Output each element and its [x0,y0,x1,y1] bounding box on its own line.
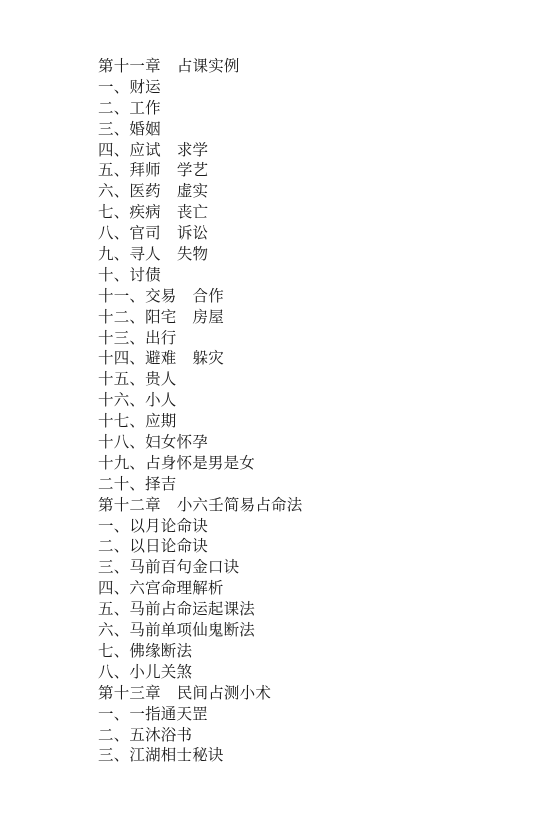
item-number: 一、 [98,78,129,96]
chapter-heading: 第十三章民间占测小术 [98,683,518,704]
item-text: 以日论命诀 [129,537,208,555]
list-item: 二、工作 [98,98,518,119]
list-item: 十七、应期 [98,411,518,432]
list-item: 二、以日论命诀 [98,536,518,557]
item-number: 十三、 [98,329,145,347]
item-text-secondary: 合作 [193,287,224,305]
table-of-contents: 第十一章占课实例 一、财运 二、工作 三、婚姻 四、应试求学 五、拜师学艺 六、… [98,56,518,766]
chapter-title: 民间占测小术 [177,684,271,702]
item-number: 二、 [98,726,129,744]
list-item: 六、医药虚实 [98,181,518,202]
list-item: 八、小儿关煞 [98,662,518,683]
item-text: 妇女怀孕 [145,433,208,451]
item-text-secondary: 躲灾 [193,349,224,367]
list-item: 二十、择吉 [98,474,518,495]
item-text-secondary: 诉讼 [177,224,208,242]
item-text: 交易 [145,287,176,305]
item-number: 七、 [98,642,129,660]
item-number: 三、 [98,746,129,764]
list-item: 六、马前单项仙鬼断法 [98,620,518,641]
item-number: 九、 [98,245,129,263]
list-item: 十一、交易合作 [98,286,518,307]
list-item: 十二、阳宅房屋 [98,307,518,328]
item-number: 十六、 [98,391,145,409]
item-text-secondary: 虚实 [177,182,208,200]
item-text: 疾病 [129,203,160,221]
item-number: 四、 [98,141,129,159]
list-item: 四、六宫命理解析 [98,578,518,599]
item-number: 十四、 [98,349,145,367]
item-text-secondary: 丧亡 [177,203,208,221]
list-item: 三、江湖相士秘诀 [98,745,518,766]
item-number: 一、 [98,705,129,723]
item-text: 婚姻 [129,120,160,138]
item-number: 四、 [98,579,129,597]
item-text: 医药 [129,182,160,200]
item-number: 五、 [98,161,129,179]
item-number: 十八、 [98,433,145,451]
item-number: 十二、 [98,308,145,326]
list-item: 七、疾病丧亡 [98,202,518,223]
item-text: 一指通天罡 [129,705,208,723]
list-item: 十六、小人 [98,390,518,411]
item-text: 阳宅 [145,308,176,326]
chapter-heading: 第十二章小六壬简易占命法 [98,495,518,516]
chapter-title: 小六壬简易占命法 [177,496,303,514]
item-number: 三、 [98,120,129,138]
item-number: 五、 [98,600,129,618]
item-text: 江湖相士秘诀 [129,746,223,764]
chapter-title: 占课实例 [177,57,240,75]
list-item: 二、五沐浴书 [98,725,518,746]
list-item: 五、马前占命运起课法 [98,599,518,620]
list-item: 四、应试求学 [98,140,518,161]
item-number: 三、 [98,558,129,576]
item-text-secondary: 失物 [177,245,208,263]
item-text: 寻人 [129,245,160,263]
item-number: 十一、 [98,287,145,305]
item-number: 二、 [98,537,129,555]
item-number: 十五、 [98,370,145,388]
item-number: 六、 [98,182,129,200]
item-text: 工作 [129,99,160,117]
item-number: 一、 [98,517,129,535]
list-item: 十五、贵人 [98,369,518,390]
item-text: 讨债 [129,266,160,284]
list-item: 十四、避难躲灾 [98,348,518,369]
item-number: 六、 [98,621,129,639]
item-number: 八、 [98,224,129,242]
item-text: 贵人 [145,370,176,388]
item-number: 十九、 [98,454,145,472]
item-text: 五沐浴书 [129,726,192,744]
item-text: 小人 [145,391,176,409]
item-text: 出行 [145,329,176,347]
list-item: 十八、妇女怀孕 [98,432,518,453]
list-item: 一、以月论命诀 [98,516,518,537]
item-text: 拜师 [129,161,160,179]
item-text: 避难 [145,349,176,367]
list-item: 五、拜师学艺 [98,160,518,181]
item-text-secondary: 学艺 [177,161,208,179]
chapter-number: 第十二章 [98,496,161,514]
item-text-secondary: 房屋 [193,308,224,326]
item-text: 财运 [129,78,160,96]
list-item: 八、官司诉讼 [98,223,518,244]
list-item: 十、讨债 [98,265,518,286]
list-item: 十九、占身怀是男是女 [98,453,518,474]
item-number: 二、 [98,99,129,117]
item-text-secondary: 求学 [177,141,208,159]
chapter-number: 第十一章 [98,57,161,75]
list-item: 九、寻人失物 [98,244,518,265]
chapter-number: 第十三章 [98,684,161,702]
list-item: 三、马前百句金口诀 [98,557,518,578]
item-text: 以月论命诀 [129,517,208,535]
item-text: 佛缘断法 [129,642,192,660]
list-item: 十三、出行 [98,328,518,349]
item-number: 十、 [98,266,129,284]
list-item: 三、婚姻 [98,119,518,140]
list-item: 一、一指通天罡 [98,704,518,725]
item-number: 二十、 [98,475,145,493]
list-item: 一、财运 [98,77,518,98]
item-text: 马前单项仙鬼断法 [129,621,255,639]
chapter-heading: 第十一章占课实例 [98,56,518,77]
item-text: 官司 [129,224,160,242]
item-text: 马前百句金口诀 [129,558,239,576]
list-item: 七、佛缘断法 [98,641,518,662]
item-text: 应试 [129,141,160,159]
item-text: 择吉 [145,475,176,493]
item-text: 马前占命运起课法 [129,600,255,618]
item-number: 八、 [98,663,129,681]
item-text: 占身怀是男是女 [145,454,255,472]
item-number: 七、 [98,203,129,221]
item-text: 六宫命理解析 [129,579,223,597]
item-text: 应期 [145,412,176,430]
item-number: 十七、 [98,412,145,430]
item-text: 小儿关煞 [129,663,192,681]
